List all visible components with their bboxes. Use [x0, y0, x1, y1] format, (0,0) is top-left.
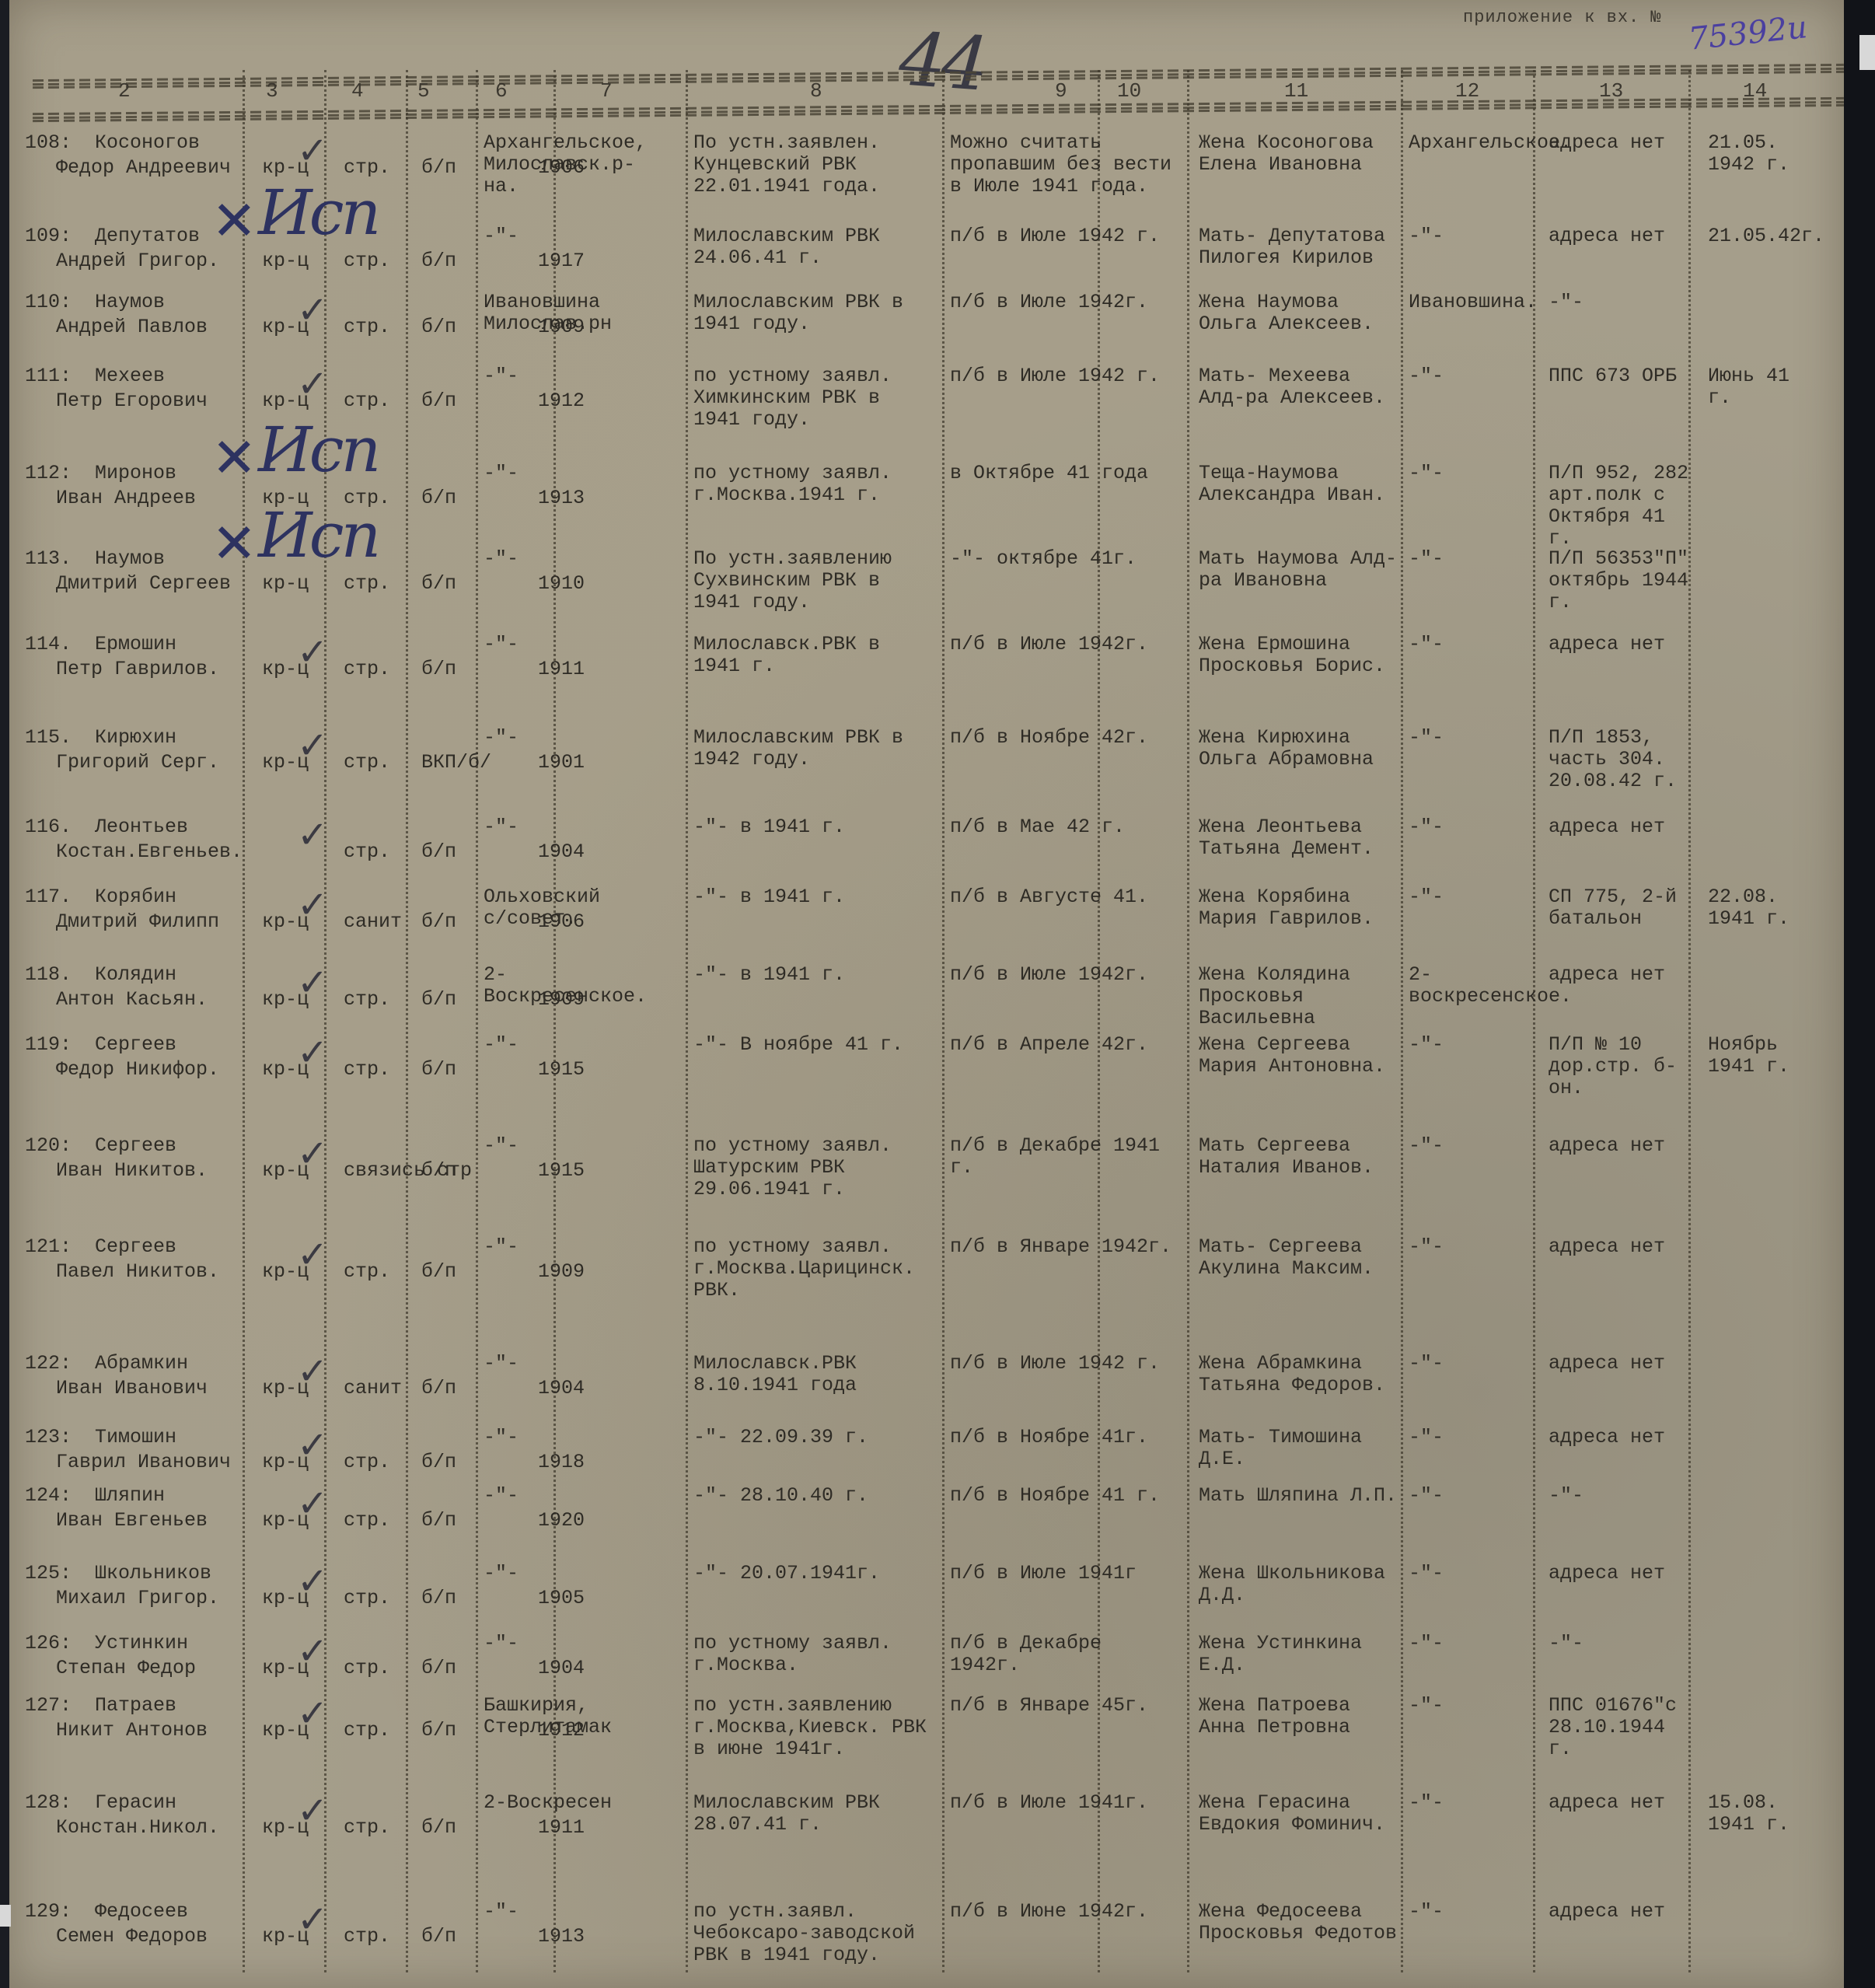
last-address: ППС 01676"с 28.10.1944 г. [1549, 1695, 1696, 1760]
role: стр. [344, 1658, 390, 1679]
record-number: 126: [25, 1633, 72, 1654]
relative: Мать- Сергеева Акулина Максим. [1199, 1236, 1401, 1280]
given-name: Федор Андреевич [56, 157, 231, 179]
last-address: адреса нет [1549, 1353, 1696, 1375]
checkmark-icon: ✓ [297, 1361, 328, 1382]
party: б/п [421, 390, 456, 412]
lost: п/б в Августе 41. [950, 886, 1183, 908]
annotation-text: ✓ [297, 631, 328, 674]
birthplace: Архангельское, Милославск.р-на. [484, 132, 623, 197]
given-name: Дмитрий Сергеев [56, 573, 231, 595]
surname: Патраев [95, 1695, 176, 1717]
drafted: по устн.заявлению г.Москва,Киевск. РВК в… [693, 1695, 934, 1760]
role: стр. [344, 1261, 390, 1283]
column-number: 6 [495, 79, 508, 103]
role: стр. [344, 1452, 390, 1473]
record-number: 108: [25, 132, 72, 154]
role: стр. [344, 316, 390, 338]
checkmark-icon: ✓ [297, 824, 328, 846]
relative: Жена Федосеева Просковья Федотов [1199, 1901, 1401, 1944]
relative: Жена Школьникова Д.Д. [1199, 1563, 1401, 1606]
drafted: -"- 20.07.1941г. [693, 1563, 934, 1584]
birth-year: 1905 [538, 1588, 585, 1609]
checkmark-icon: ✓ [297, 641, 328, 663]
party: б/п [421, 659, 456, 680]
checkmark-icon: ✓ [297, 972, 328, 994]
last-address: адреса нет [1549, 1563, 1696, 1584]
lost: п/б в Ноябре 41г. [950, 1427, 1183, 1448]
role: стр. [344, 841, 390, 863]
surname: Сергеев [95, 1135, 176, 1157]
last-address: адреса нет [1549, 225, 1696, 247]
rank: кр-ц [262, 250, 309, 272]
given-name: Дмитрий Филипп [56, 911, 219, 933]
surname: Устинкин [95, 1633, 188, 1654]
lost: п/б в Июне 1942г. [950, 1901, 1183, 1923]
scan-ruler-mark [0, 1905, 11, 1927]
annotation-text: ✓ [297, 129, 328, 173]
birth-year: 1911 [538, 1817, 585, 1839]
party: б/п [421, 1510, 456, 1532]
birth-year: 1904 [538, 1658, 585, 1679]
party: б/п [421, 989, 456, 1011]
rel-address: -"- [1409, 1353, 1541, 1375]
given-name: Федор Никифор. [56, 1059, 219, 1081]
record-number: 123: [25, 1427, 72, 1448]
birth-year: 1918 [538, 1452, 585, 1473]
last-address: П/П 952, 282 арт.полк с Октября 41 г. [1549, 463, 1696, 550]
given-name: Андрей Павлов [56, 316, 208, 338]
annotation-text: ✓ [297, 883, 328, 927]
checkmark-icon: ✓ [297, 299, 328, 321]
role: стр. [344, 989, 390, 1011]
given-name: Петр Гаврилов. [56, 659, 219, 680]
birthplace: -"- [484, 1135, 623, 1157]
lost: п/б в Июле 1942г. [950, 292, 1183, 313]
record-number: 115. [25, 727, 72, 749]
annotation-text: ✓ [297, 1482, 328, 1525]
record-number: 122: [25, 1353, 72, 1375]
cross-mark-icon: ✕ [211, 447, 254, 469]
lost: п/б в Июле 1942 г. [950, 365, 1183, 387]
relative: Жена Кирюхина Ольга Абрамовна [1199, 727, 1401, 770]
birth-year: 1912 [538, 390, 585, 412]
checkmark-icon: ✓ [297, 1800, 328, 1822]
annotation-text: ✓ [297, 724, 328, 767]
given-name: Петр Егорович [56, 390, 208, 412]
checkmark-icon: ✓ [297, 1143, 328, 1165]
drafted: Милославским РВК в 1941 году. [693, 292, 934, 335]
last-address: СП 775, 2-й батальон [1549, 886, 1696, 930]
drafted: -"- 28.10.40 г. [693, 1485, 934, 1507]
annotation-text: ✓ [297, 1132, 328, 1176]
birth-year: 1913 [538, 487, 585, 509]
party: б/п [421, 1452, 456, 1473]
cross-mark-icon: ✕ [211, 210, 254, 232]
checkmark-icon: ✓ [297, 894, 328, 916]
checkmark-icon: ✓ [297, 1244, 328, 1266]
column-divider [686, 70, 688, 1972]
last-date: Ноябрь 1941 г. [1708, 1034, 1824, 1078]
party: б/п [421, 841, 456, 863]
birth-year: 1901 [538, 752, 585, 774]
birthplace: -"- [484, 225, 623, 247]
column-divider [406, 70, 408, 1972]
checkmark-icon: ✓ [297, 1493, 328, 1515]
annotation-text: ✓ [297, 1692, 328, 1735]
drafted: -"- в 1941 г. [693, 816, 934, 838]
last-address: П/П 1853, часть 304. 20.08.42 г. [1549, 727, 1696, 792]
annotation-text: ✓ [297, 1898, 328, 1941]
annotation-text: ✓ [297, 961, 328, 1004]
lost: п/б в Ноябре 42г. [950, 727, 1183, 749]
rel-address: -"- [1409, 365, 1541, 387]
annotation-text: ✓ [297, 288, 328, 332]
birthplace: -"- [484, 1563, 623, 1584]
record-number: 120: [25, 1135, 72, 1157]
birth-year: 1913 [538, 1926, 585, 1948]
relative: Мать- Мехеева Алд-ра Алексеев. [1199, 365, 1401, 409]
role: стр. [344, 1059, 390, 1081]
rel-address: -"- [1409, 1901, 1541, 1923]
surname: Мехеев [95, 365, 165, 387]
drafted: -"- в 1941 г. [693, 886, 934, 908]
relative: Мать- Тимошина Д.Е. [1199, 1427, 1401, 1470]
relative: Жена Наумова Ольга Алексеев. [1199, 292, 1401, 335]
column-divider [1688, 70, 1691, 1972]
rel-address: -"- [1409, 1792, 1541, 1814]
last-address: П/П 56353"П" октябрь 1944 г. [1549, 548, 1696, 613]
column-divider [1401, 70, 1403, 1972]
last-address: адреса нет [1549, 132, 1696, 154]
surname: Косоногов [95, 132, 200, 154]
party: ВКП/б/ [421, 752, 491, 774]
role: стр. [344, 390, 390, 412]
surname: Ермошин [95, 634, 176, 655]
record-number: 116. [25, 816, 72, 838]
birth-year: 1920 [538, 1510, 585, 1532]
rel-address: 2-воскресенское. [1409, 964, 1541, 1008]
checkmark-icon: ✓ [297, 735, 328, 756]
lost: п/б в Декабре 1942г. [950, 1633, 1183, 1676]
checkmark-icon: ✓ [297, 1434, 328, 1456]
birth-year: 1917 [538, 250, 585, 272]
party: б/п [421, 1059, 456, 1081]
relative: Жена Корябина Мария Гаврилов. [1199, 886, 1401, 930]
drafted: по устному заявл. Химкинским РВК в 1941 … [693, 365, 934, 431]
record-number: 125: [25, 1563, 72, 1584]
party: б/п [421, 1160, 456, 1182]
rel-address: -"- [1409, 886, 1541, 908]
handwritten-annotation: ✕Исп [258, 439, 378, 461]
party: б/п [421, 1588, 456, 1609]
surname: Леонтьев [95, 816, 188, 838]
annotation-text: Исп [258, 176, 378, 249]
birthplace: -"- [484, 463, 623, 484]
last-address: ППС 673 ОРБ [1549, 365, 1696, 387]
lost: п/б в Ноябре 41 г. [950, 1485, 1183, 1507]
record-number: 114. [25, 634, 72, 655]
party: б/п [421, 1261, 456, 1283]
column-divider [1533, 70, 1535, 1972]
party: б/п [421, 1658, 456, 1679]
annotation-text: ✓ [297, 813, 328, 857]
surname: Депутатов [95, 225, 200, 247]
lost: в Октябре 41 года [950, 463, 1183, 484]
checkmark-icon: ✓ [297, 1640, 328, 1662]
last-address: адреса нет [1549, 634, 1696, 655]
relative: Мать Сергеева Наталия Иванов. [1199, 1135, 1401, 1179]
surname: Федосеев [95, 1901, 188, 1923]
given-name: Иван Никитов. [56, 1160, 208, 1182]
record-number: 127: [25, 1695, 72, 1717]
drafted: По устн.заявлению Сухвинским РВК в 1941 … [693, 548, 934, 613]
drafted: Милославским РВК в 1942 году. [693, 727, 934, 770]
surname: Абрамкин [95, 1353, 188, 1375]
surname: Тимошин [95, 1427, 176, 1448]
drafted: -"- В ноябре 41 г. [693, 1034, 934, 1056]
surname: Наумов [95, 548, 165, 570]
drafted: Милославским РВК 28.07.41 г. [693, 1792, 934, 1836]
birthplace: -"- [484, 548, 623, 570]
rel-address: -"- [1409, 1633, 1541, 1654]
birth-year: 1915 [538, 1160, 585, 1182]
given-name: Никит Антонов [56, 1720, 208, 1742]
rel-address: -"- [1409, 1485, 1541, 1507]
birthplace: -"- [484, 1633, 623, 1654]
role: стр. [344, 1588, 390, 1609]
last-address: адреса нет [1549, 1427, 1696, 1448]
birthplace: -"- [484, 727, 623, 749]
role: стр. [344, 752, 390, 774]
record-number: 124: [25, 1485, 72, 1507]
relative: Жена Абрамкина Татьяна Федоров. [1199, 1353, 1401, 1396]
column-number: 9 [1055, 79, 1067, 103]
given-name: Костан.Евгеньев. [56, 841, 243, 863]
surname: Герасин [95, 1792, 176, 1814]
birthplace: Башкирия, Стерлитамак [484, 1695, 623, 1738]
role: стр. [344, 250, 390, 272]
surname: Корябин [95, 886, 176, 908]
column-divider [324, 70, 326, 1972]
party: б/п [421, 487, 456, 509]
given-name: Семен Федоров [56, 1926, 208, 1948]
given-name: Михаил Григор. [56, 1588, 219, 1609]
role: санит [344, 911, 402, 933]
column-number: 13 [1599, 79, 1623, 103]
last-address: адреса нет [1549, 816, 1696, 838]
checkmark-icon: ✓ [297, 1703, 328, 1724]
relative: Жена Колядина Просковья Васильевна [1199, 964, 1401, 1029]
rel-address: -"- [1409, 816, 1541, 838]
drafted: По устн.заявлен. Кунцевский РВК 22.01.19… [693, 132, 934, 197]
last-address: -"- [1549, 292, 1696, 313]
role: стр. [344, 1510, 390, 1532]
surname: Кирюхин [95, 727, 176, 749]
column-number: 14 [1743, 79, 1767, 103]
relative: Жена Ермошина Просковья Борис. [1199, 634, 1401, 677]
column-number: 8 [810, 79, 822, 103]
birth-year: 1904 [538, 1378, 585, 1399]
record-number: 128: [25, 1792, 72, 1814]
annotation-text: ✓ [297, 1424, 328, 1467]
drafted: по устн.заявл. Чебоксаро-заводской РВК в… [693, 1901, 934, 1966]
party: б/п [421, 1720, 456, 1742]
record-number: 111: [25, 365, 72, 387]
birth-year: 1904 [538, 841, 585, 863]
cross-mark-icon: ✕ [211, 533, 254, 554]
lost: п/б в Июле 1942 г. [950, 225, 1183, 247]
drafted: по устному заявл. г.Москва. [693, 1633, 934, 1676]
given-name: Иван Иванович [56, 1378, 208, 1399]
column-number: 3 [266, 79, 278, 103]
rel-address: -"- [1409, 1427, 1541, 1448]
annotation-text: Исп [258, 414, 378, 486]
birth-year: 1909 [538, 1261, 585, 1283]
birthplace: Ольховский с/совет. [484, 886, 623, 930]
birthplace: 2-Воскресенское. [484, 964, 623, 1008]
rel-address: -"- [1409, 1236, 1541, 1258]
last-date: 21.05. 1942 г. [1708, 132, 1824, 176]
column-divider [243, 70, 245, 1972]
role: стр. [344, 157, 390, 179]
role: стр. [344, 1720, 390, 1742]
column-number: 4 [351, 79, 364, 103]
column-number: 12 [1455, 79, 1479, 103]
relative: Жена Косоногова Елена Ивановна [1199, 132, 1401, 176]
checkmark-icon: ✓ [297, 373, 328, 395]
role: стр. [344, 573, 390, 595]
drafted: Милославск.РВК 8.10.1941 года [693, 1353, 934, 1396]
rel-address: -"- [1409, 463, 1541, 484]
lost: п/б в Июле 1942 г. [950, 1353, 1183, 1375]
lost: п/б в Апреле 42г. [950, 1034, 1183, 1056]
birthplace: -"- [484, 1353, 623, 1375]
last-address: адреса нет [1549, 1135, 1696, 1157]
relative: Жена Леонтьева Татьяна Демент. [1199, 816, 1401, 860]
lost: п/б в Январе 45г. [950, 1695, 1183, 1717]
record-number: 109: [25, 225, 72, 247]
birthplace: Ивановшина Милослав.рн [484, 292, 623, 335]
column-number: 10 [1117, 79, 1141, 103]
rel-address: -"- [1409, 1135, 1541, 1157]
record-number: 129: [25, 1901, 72, 1923]
annotation-text: Исп [258, 499, 378, 571]
annotation-text: ✓ [297, 1031, 328, 1074]
column-number: 5 [417, 79, 430, 103]
rel-address: -"- [1409, 1563, 1541, 1584]
birthplace: -"- [484, 816, 623, 838]
party: б/п [421, 1817, 456, 1839]
surname: Миронов [95, 463, 176, 484]
surname: Наумов [95, 292, 165, 313]
relative: Жена Герасина Евдокия Фоминич. [1199, 1792, 1401, 1836]
lost: -"- октябре 41г. [950, 548, 1183, 570]
column-number: 2 [118, 79, 131, 103]
party: б/п [421, 573, 456, 595]
lost: п/б в Декабре 1941 г. [950, 1135, 1183, 1179]
given-name: Иван Андреев [56, 487, 196, 509]
birthplace: -"- [484, 1236, 623, 1258]
record-number: 121: [25, 1236, 72, 1258]
party: б/п [421, 1926, 456, 1948]
handwritten-annotation: ✕Исп [258, 202, 378, 224]
record-number: 117. [25, 886, 72, 908]
drafted: Милославск.РВК в 1941 г. [693, 634, 934, 677]
birthplace: -"- [484, 1427, 623, 1448]
drafted: по устному заявл. Шатурским РВК 29.06.19… [693, 1135, 934, 1200]
rel-address: Ивановшина. [1409, 292, 1541, 313]
checkmark-icon: ✓ [297, 1909, 328, 1930]
drafted: -"- в 1941 г. [693, 964, 934, 986]
given-name: Констан.Никол. [56, 1817, 219, 1839]
last-address: адреса нет [1549, 1236, 1696, 1258]
birthplace: -"- [484, 1034, 623, 1056]
rel-address: -"- [1409, 634, 1541, 655]
record-number: 113. [25, 548, 72, 570]
annotation-text: ✓ [297, 1350, 328, 1393]
party: б/п [421, 250, 456, 272]
given-name: Иван Евгеньев [56, 1510, 208, 1532]
last-address: адреса нет [1549, 1792, 1696, 1814]
drafted: -"- 22.09.39 г. [693, 1427, 934, 1448]
annex-label: приложение к вх. № [1463, 8, 1662, 27]
last-address: адреса нет [1549, 1901, 1696, 1923]
column-number: 7 [600, 79, 613, 103]
handwritten-annotation: ✕Исп [258, 525, 378, 547]
rel-address: -"- [1409, 548, 1541, 570]
last-address: -"- [1549, 1485, 1696, 1507]
annotation-text: ✓ [297, 1630, 328, 1673]
archive-number: 75392и [1687, 9, 1809, 58]
rel-address: Архангельское. [1409, 132, 1541, 154]
lost: п/б в Июле 1941г. [950, 1792, 1183, 1814]
scan-ruler-mark [1859, 35, 1875, 70]
last-address: адреса нет [1549, 964, 1696, 986]
checkmark-icon: ✓ [297, 1570, 328, 1592]
birth-year: 1911 [538, 659, 585, 680]
column-divider [1187, 70, 1189, 1972]
relative: Мать Наумова Алд-ра Ивановна [1199, 548, 1401, 592]
party: б/п [421, 911, 456, 933]
given-name: Степан Федор [56, 1658, 196, 1679]
record-number: 112: [25, 463, 72, 484]
last-address: П/П № 10 дор.стр. б-он. [1549, 1034, 1696, 1099]
given-name: Григорий Серг. [56, 752, 219, 774]
birthplace: -"- [484, 1485, 623, 1507]
role: санит [344, 1378, 402, 1399]
last-date: 21.05.42г. [1708, 225, 1824, 247]
relative: Жена Устинкина Е.Д. [1199, 1633, 1401, 1676]
lost: Можно считать пропавшим без вести в Июле… [950, 132, 1183, 197]
annotation-text: ✓ [297, 1560, 328, 1603]
column-divider [476, 70, 478, 1972]
column-divider [553, 70, 556, 1972]
birthplace: -"- [484, 365, 623, 387]
column-divider [1098, 70, 1100, 1972]
relative: Жена Сергеева Мария Антоновна. [1199, 1034, 1401, 1078]
lost: п/б в Июле 1941г [950, 1563, 1183, 1584]
annotation-text: ✓ [297, 362, 328, 406]
annotation-text: ✓ [297, 1789, 328, 1833]
drafted: Милославским РВК 24.06.41 г. [693, 225, 934, 269]
last-address: -"- [1549, 1633, 1696, 1654]
annotation-text: ✓ [297, 1233, 328, 1277]
drafted: по устному заявл. г.Москва.1941 г. [693, 463, 934, 506]
rel-address: -"- [1409, 225, 1541, 247]
last-date: 22.08. 1941 г. [1708, 886, 1824, 930]
last-date: 15.08. 1941 г. [1708, 1792, 1824, 1836]
